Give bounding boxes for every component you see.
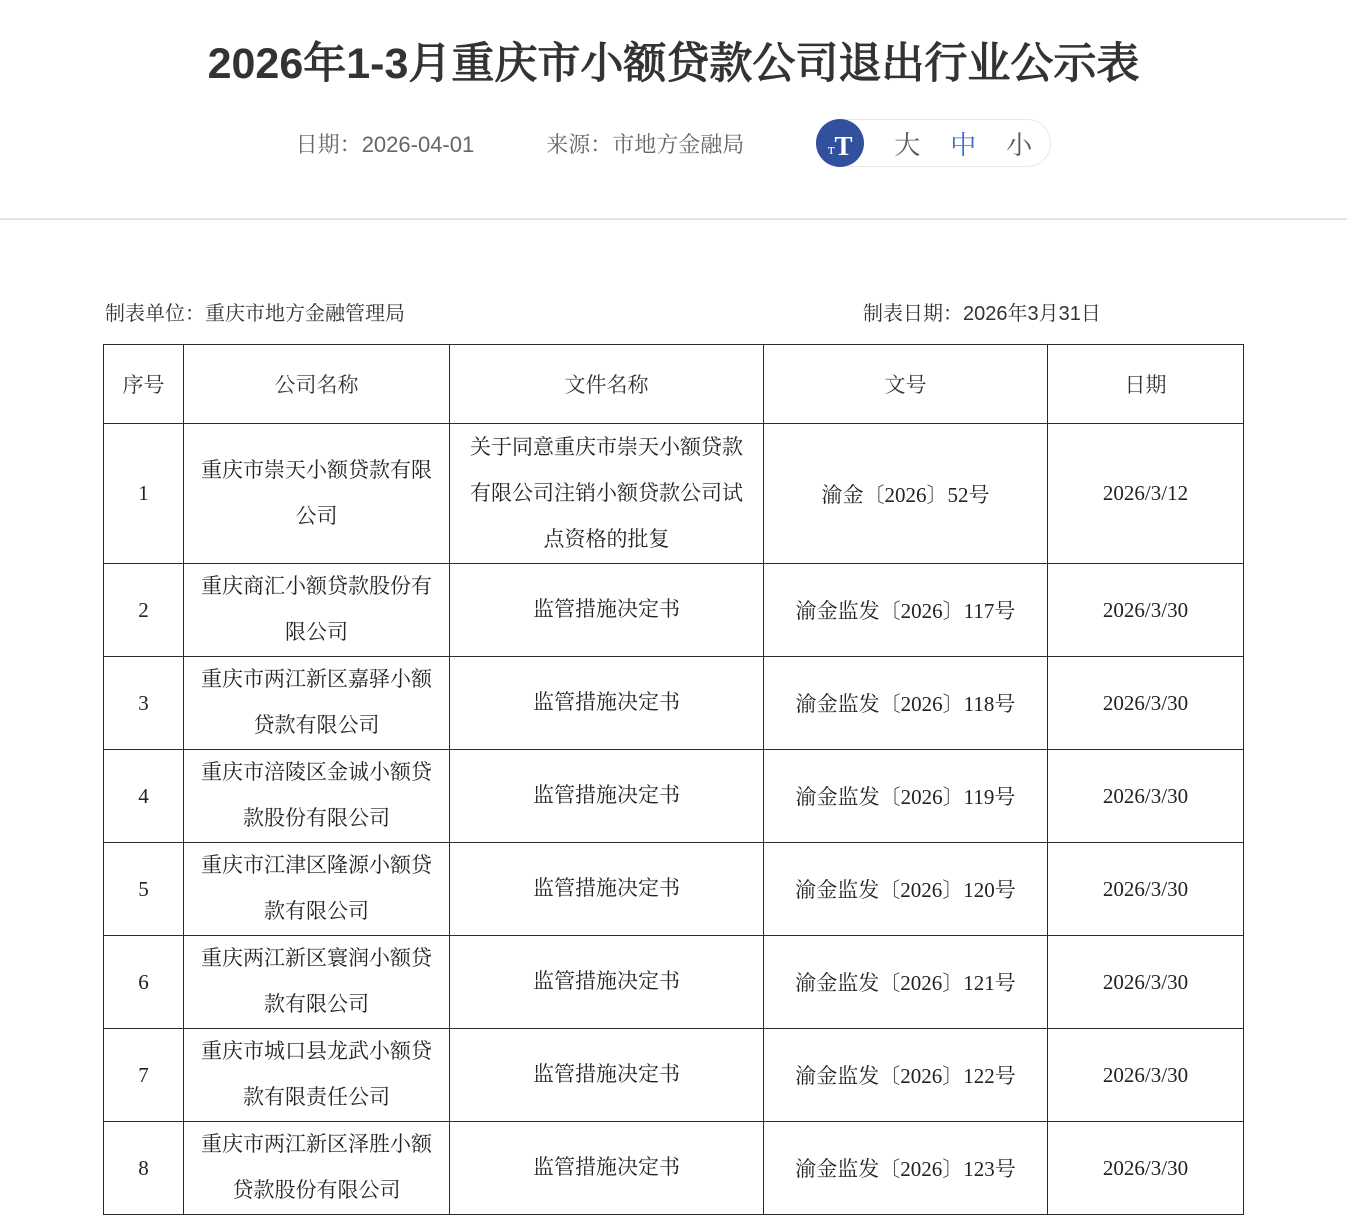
prep-unit: 制表单位：重庆市地方金融管理局 xyxy=(105,297,405,326)
cell-date: 2026/3/30 xyxy=(1048,657,1244,750)
cell-document-number: 渝金监发〔2026〕123号 xyxy=(764,1122,1048,1207)
cell-company-name: 重庆市江津区隆源小额贷款有限公司 xyxy=(184,843,450,936)
cell-document-name: 监管措施决定书 xyxy=(450,750,764,843)
table-meta-row: 制表单位：重庆市地方金融管理局 制表日期：2026年3月31日 xyxy=(103,297,1243,323)
cell-document-name: 监管措施决定书 xyxy=(450,657,764,750)
cell-date: 2026/3/30 xyxy=(1048,1122,1244,1207)
cell-date: 2026/3/12 xyxy=(1048,424,1244,564)
table-row: 4 重庆市涪陵区金诚小额贷款股份有限公司 监管措施决定书 渝金监发〔2026〕1… xyxy=(104,750,1244,843)
prep-date-value: 2026年3月31日 xyxy=(963,303,1101,325)
cell-company-name: 重庆市两江新区泽胜小额贷款股份有限公司 xyxy=(184,1122,450,1207)
cell-serial-number: 7 xyxy=(104,1029,184,1122)
cell-date: 2026/3/30 xyxy=(1048,1029,1244,1122)
col-header-doc-number: 文号 xyxy=(764,345,1048,424)
cell-document-number: 渝金监发〔2026〕121号 xyxy=(764,936,1048,1029)
cell-serial-number: 2 xyxy=(104,564,184,657)
col-header-date: 日期 xyxy=(1048,345,1244,424)
cell-document-name: 监管措施决定书 xyxy=(450,1122,764,1207)
font-resize-icon: тT xyxy=(816,119,864,167)
article-meta-row: 日期：2026-04-01 来源：市地方金融局 тT 大 中 小 xyxy=(0,119,1347,167)
cell-date: 2026/3/30 xyxy=(1048,564,1244,657)
source-label: 来源： xyxy=(546,132,612,157)
cell-document-number: 渝金监发〔2026〕117号 xyxy=(764,564,1048,657)
table-body: 1 重庆市崇天小额贷款有限公司 关于同意重庆市崇天小额贷款有限公司注销小额贷款公… xyxy=(104,424,1244,1207)
font-size-large-button[interactable]: 大 xyxy=(894,125,920,162)
cell-document-name: 监管措施决定书 xyxy=(450,936,764,1029)
cell-date: 2026/3/30 xyxy=(1048,750,1244,843)
table-row: 7 重庆市城口县龙武小额贷款有限责任公司 监管措施决定书 渝金监发〔2026〕1… xyxy=(104,1029,1244,1122)
font-resize-icon-large-t: T xyxy=(835,134,853,158)
cell-serial-number: 8 xyxy=(104,1122,184,1207)
cell-serial-number: 4 xyxy=(104,750,184,843)
cell-company-name: 重庆两江新区寰润小额贷款有限公司 xyxy=(184,936,450,1029)
font-size-small-button[interactable]: 小 xyxy=(1006,125,1032,162)
table-row: 2 重庆商汇小额贷款股份有限公司 监管措施决定书 渝金监发〔2026〕117号 … xyxy=(104,564,1244,657)
col-header-serial: 序号 xyxy=(104,345,184,424)
table-header-row: 序号 公司名称 文件名称 文号 日期 xyxy=(104,345,1244,424)
header-divider xyxy=(0,218,1347,220)
cell-company-name: 重庆市涪陵区金诚小额贷款股份有限公司 xyxy=(184,750,450,843)
col-header-document: 文件名称 xyxy=(450,345,764,424)
cell-company-name: 重庆商汇小额贷款股份有限公司 xyxy=(184,564,450,657)
cell-document-name: 关于同意重庆市崇天小额贷款有限公司注销小额贷款公司试点资格的批复 xyxy=(450,424,764,564)
publish-date: 日期：2026-04-01 xyxy=(296,128,475,159)
prep-unit-label: 制表单位： xyxy=(105,303,205,325)
cell-document-number: 渝金监发〔2026〕120号 xyxy=(764,843,1048,936)
publish-date-label: 日期： xyxy=(296,132,362,157)
cell-serial-number: 1 xyxy=(104,424,184,564)
page-title: 2026年1-3月重庆市小额贷款公司退出行业公示表 xyxy=(0,34,1347,94)
table-row: 8 重庆市两江新区泽胜小额贷款股份有限公司 监管措施决定书 渝金监发〔2026〕… xyxy=(104,1122,1244,1207)
table-row: 3 重庆市两江新区嘉驿小额贷款有限公司 监管措施决定书 渝金监发〔2026〕11… xyxy=(104,657,1244,750)
cell-document-number: 渝金监发〔2026〕122号 xyxy=(764,1029,1048,1122)
prep-unit-value: 重庆市地方金融管理局 xyxy=(205,303,405,325)
announcement-table-wrap: 序号 公司名称 文件名称 文号 日期 1 重庆市崇天小额贷款有限公司 关于同意重… xyxy=(103,344,1243,1206)
cell-document-name: 监管措施决定书 xyxy=(450,1029,764,1122)
cell-company-name: 重庆市城口县龙武小额贷款有限责任公司 xyxy=(184,1029,450,1122)
cell-document-number: 渝金监发〔2026〕118号 xyxy=(764,657,1048,750)
cell-document-name: 监管措施决定书 xyxy=(450,564,764,657)
cell-date: 2026/3/30 xyxy=(1048,843,1244,936)
cell-company-name: 重庆市两江新区嘉驿小额贷款有限公司 xyxy=(184,657,450,750)
cell-company-name: 重庆市崇天小额贷款有限公司 xyxy=(184,424,450,564)
cell-serial-number: 5 xyxy=(104,843,184,936)
prep-date-label: 制表日期： xyxy=(863,303,963,325)
cell-document-number: 渝金〔2026〕52号 xyxy=(764,424,1048,564)
font-size-medium-button[interactable]: 中 xyxy=(950,125,976,162)
font-size-widget: тT 大 中 小 xyxy=(816,119,1051,167)
table-row: 6 重庆两江新区寰润小额贷款有限公司 监管措施决定书 渝金监发〔2026〕121… xyxy=(104,936,1244,1029)
col-header-company: 公司名称 xyxy=(184,345,450,424)
source: 来源：市地方金融局 xyxy=(546,128,744,159)
cell-serial-number: 3 xyxy=(104,657,184,750)
cell-document-number: 渝金监发〔2026〕119号 xyxy=(764,750,1048,843)
publish-date-value: 2026-04-01 xyxy=(362,132,475,157)
table-row: 1 重庆市崇天小额贷款有限公司 关于同意重庆市崇天小额贷款有限公司注销小额贷款公… xyxy=(104,424,1244,564)
announcement-table: 序号 公司名称 文件名称 文号 日期 1 重庆市崇天小额贷款有限公司 关于同意重… xyxy=(103,344,1244,1206)
cell-serial-number: 6 xyxy=(104,936,184,1029)
cell-document-name: 监管措施决定书 xyxy=(450,843,764,936)
cell-date: 2026/3/30 xyxy=(1048,936,1244,1029)
source-value: 市地方金融局 xyxy=(612,132,744,157)
prep-date: 制表日期：2026年3月31日 xyxy=(863,297,1101,326)
table-row: 5 重庆市江津区隆源小额贷款有限公司 监管措施决定书 渝金监发〔2026〕120… xyxy=(104,843,1244,936)
